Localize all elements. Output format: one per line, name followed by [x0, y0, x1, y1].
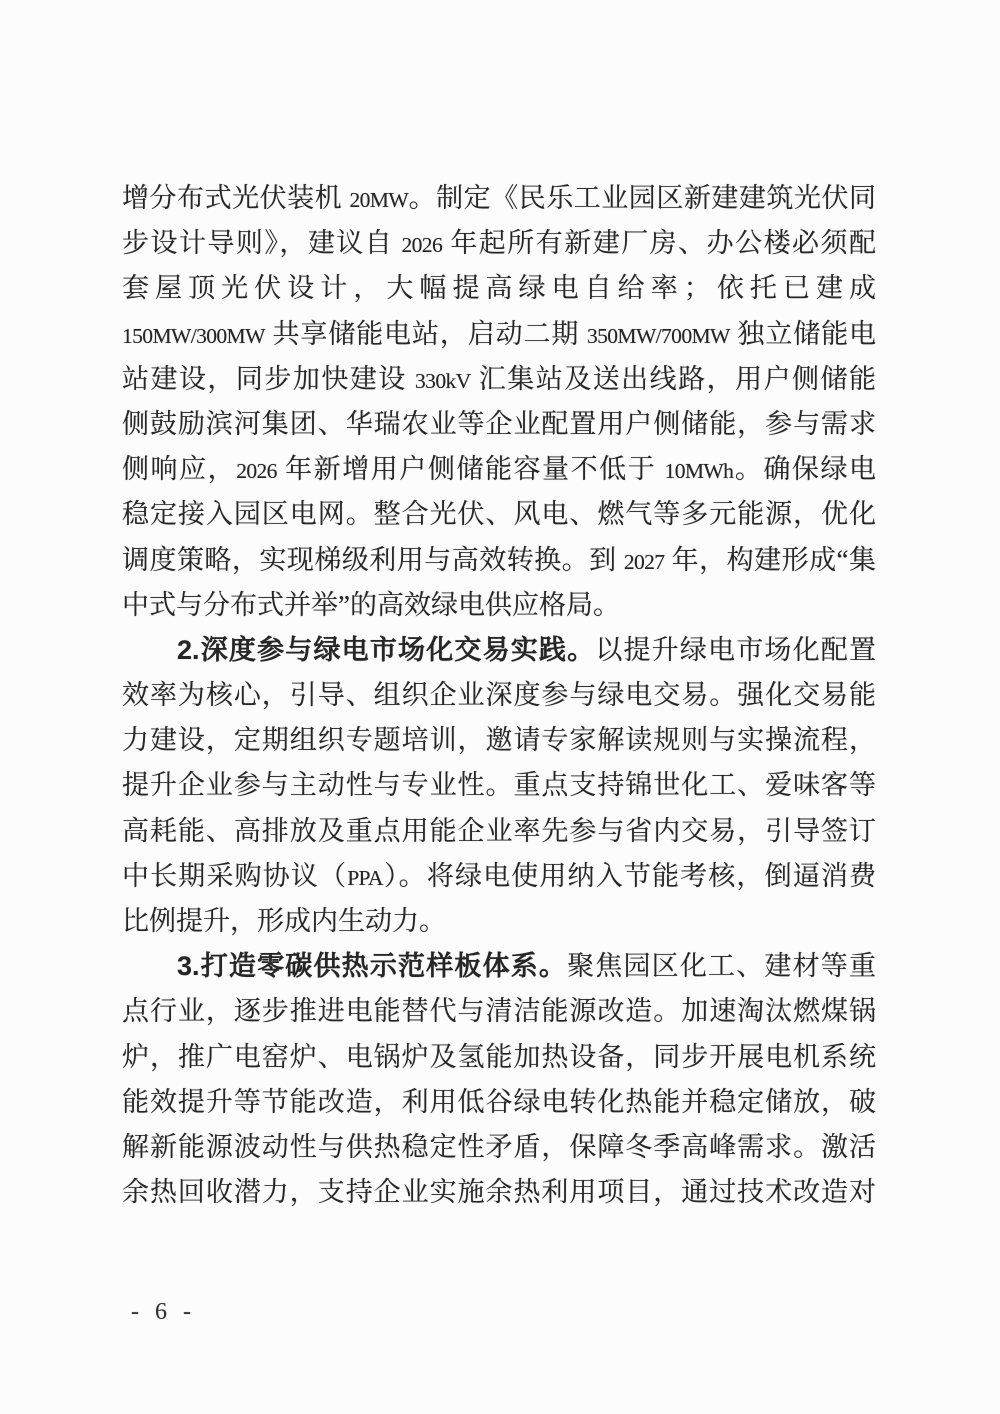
text-run: 余热回收潜力，支持企业实施余热利用项目，通过技术改造对: [122, 1177, 876, 1207]
page-root: 增分布式光伏装机 20MW。制定《民乐工业园区新建建筑光伏同步设计导则》，建议自…: [0, 0, 1000, 1414]
text-run: 年起所有新建厂房、办公楼必须配: [442, 228, 876, 258]
text-run: 中长期采购协议（: [122, 861, 347, 891]
text-run: 提升企业参与主动性与专业性。重点支持锦世化工、爱味客等: [122, 770, 876, 800]
text-line: 效率为核心，引导、组织企业深度参与绿电交易。强化交易能: [122, 673, 876, 718]
text-run: 高耗能、高排放及重点用能企业率先参与省内交易，引导签订: [122, 816, 876, 846]
text-run: 年新增用户侧储能容量不低于: [277, 454, 665, 484]
text-run: 150MW/300MW: [122, 324, 265, 348]
text-run: 能效提升等节能改造，利用低谷绿电转化热能并稳定储放，破: [122, 1087, 876, 1117]
text-run: 以提升绿电市场化配置: [595, 635, 876, 665]
text-run: 步设计导则》，建议自: [122, 228, 402, 258]
text-run: 独立储能电: [730, 319, 876, 349]
text-run: 比例提升，形成内生动力。: [122, 906, 446, 936]
text-line: 步设计导则》，建议自 2026 年起所有新建厂房、办公楼必须配: [122, 221, 876, 266]
text-run: 套屋顶光伏设计，大幅提高绿电自给率；依托已建成: [122, 273, 876, 303]
text-run: 中式与分布式并举”的高效绿电供应格局。: [122, 590, 620, 620]
text-run: 年，构建形成“集: [664, 545, 876, 575]
text-line: 比例提升，形成内生动力。: [122, 899, 876, 944]
text-line: 力建设，定期组织专题培训，邀请专家解读规则与实操流程，: [122, 718, 876, 763]
text-run: 2026: [402, 233, 443, 257]
text-line: 150MW/300MW 共享储能电站，启动二期 350MW/700MW 独立储能…: [122, 312, 876, 357]
text-run: 炉，推广电窑炉、电锅炉及氢能加热设备，同步开展电机系统: [122, 1042, 876, 1072]
text-line: 炉，推广电窑炉、电锅炉及氢能加热设备，同步开展电机系统: [122, 1035, 876, 1080]
text-run: 力建设，定期组织专题培训，邀请专家解读规则与实操流程，: [122, 725, 876, 755]
text-run: ）。将绿电使用纳入节能考核，倒逼消费: [383, 861, 876, 891]
text-line: 余热回收潜力，支持企业实施余热利用项目，通过技术改造对: [122, 1170, 876, 1215]
text-run: 站建设，同步加快建设: [122, 364, 415, 394]
text-run: 调度策略，实现梯级利用与高效转换。到: [122, 545, 624, 575]
text-line: 高耗能、高排放及重点用能企业率先参与省内交易，引导签订: [122, 809, 876, 854]
paragraph-heading: 3.打造零碳供热示范样板体系。: [177, 951, 567, 981]
text-run: 10MWh: [665, 459, 734, 483]
text-line: 中长期采购协议（PPA）。将绿电使用纳入节能考核，倒逼消费: [122, 854, 876, 899]
text-run: 增分布式光伏装机: [122, 183, 349, 213]
text-run: 350MW/700MW: [587, 324, 730, 348]
text-run: 2027: [624, 550, 665, 574]
text-run: 稳定接入园区电网。整合光伏、风电、燃气等多元能源，优化: [122, 499, 876, 529]
text-line: 侧响应，2026 年新增用户侧储能容量不低于 10MWh。确保绿电: [122, 447, 876, 492]
text-line: 稳定接入园区电网。整合光伏、风电、燃气等多元能源，优化: [122, 492, 876, 537]
text-run: 侧响应，: [122, 454, 236, 484]
text-run: 20MW: [349, 188, 408, 212]
paragraph-heading-line: 2.深度参与绿电市场化交易实践。以提升绿电市场化配置: [122, 628, 876, 673]
text-run: 330kV: [415, 369, 471, 393]
text-line: 调度策略，实现梯级利用与高效转换。到 2027 年，构建形成“集: [122, 538, 876, 583]
text-run: 解新能源波动性与供热稳定性矛盾，保障冬季高峰需求。激活: [122, 1132, 876, 1162]
text-run: PPA: [347, 866, 383, 890]
text-line: 点行业，逐步推进电能替代与清洁能源改造。加速淘汰燃煤锅: [122, 989, 876, 1034]
page-number: - 6 -: [131, 1299, 196, 1326]
text-run: 汇集站及送出线路，用户侧储能: [471, 364, 876, 394]
document-body: 增分布式光伏装机 20MW。制定《民乐工业园区新建建筑光伏同步设计导则》，建议自…: [122, 176, 876, 1215]
text-run: 。确保绿电: [733, 454, 876, 484]
paragraph-heading-line: 3.打造零碳供热示范样板体系。聚焦园区化工、建材等重: [122, 944, 876, 989]
text-line: 站建设，同步加快建设 330kV 汇集站及送出线路，用户侧储能: [122, 357, 876, 402]
text-run: 。制定《民乐工业园区新建建筑光伏同: [408, 183, 876, 213]
paragraph-heading: 2.深度参与绿电市场化交易实践。: [177, 635, 595, 665]
text-run: 效率为核心，引导、组织企业深度参与绿电交易。强化交易能: [122, 680, 876, 710]
text-line: 中式与分布式并举”的高效绿电供应格局。: [122, 583, 876, 628]
text-run: 2026: [236, 459, 277, 483]
text-line: 侧鼓励滨河集团、华瑞农业等企业配置用户侧储能，参与需求: [122, 402, 876, 447]
text-line: 提升企业参与主动性与专业性。重点支持锦世化工、爱味客等: [122, 763, 876, 808]
text-line: 套屋顶光伏设计，大幅提高绿电自给率；依托已建成: [122, 266, 876, 311]
text-run: 聚焦园区化工、建材等重: [567, 951, 876, 981]
text-run: 侧鼓励滨河集团、华瑞农业等企业配置用户侧储能，参与需求: [122, 409, 876, 439]
text-run: 点行业，逐步推进电能替代与清洁能源改造。加速淘汰燃煤锅: [122, 996, 876, 1026]
text-line: 增分布式光伏装机 20MW。制定《民乐工业园区新建建筑光伏同: [122, 176, 876, 221]
text-line: 能效提升等节能改造，利用低谷绿电转化热能并稳定储放，破: [122, 1080, 876, 1125]
text-line: 解新能源波动性与供热稳定性矛盾，保障冬季高峰需求。激活: [122, 1125, 876, 1170]
text-run: 共享储能电站，启动二期: [265, 319, 587, 349]
